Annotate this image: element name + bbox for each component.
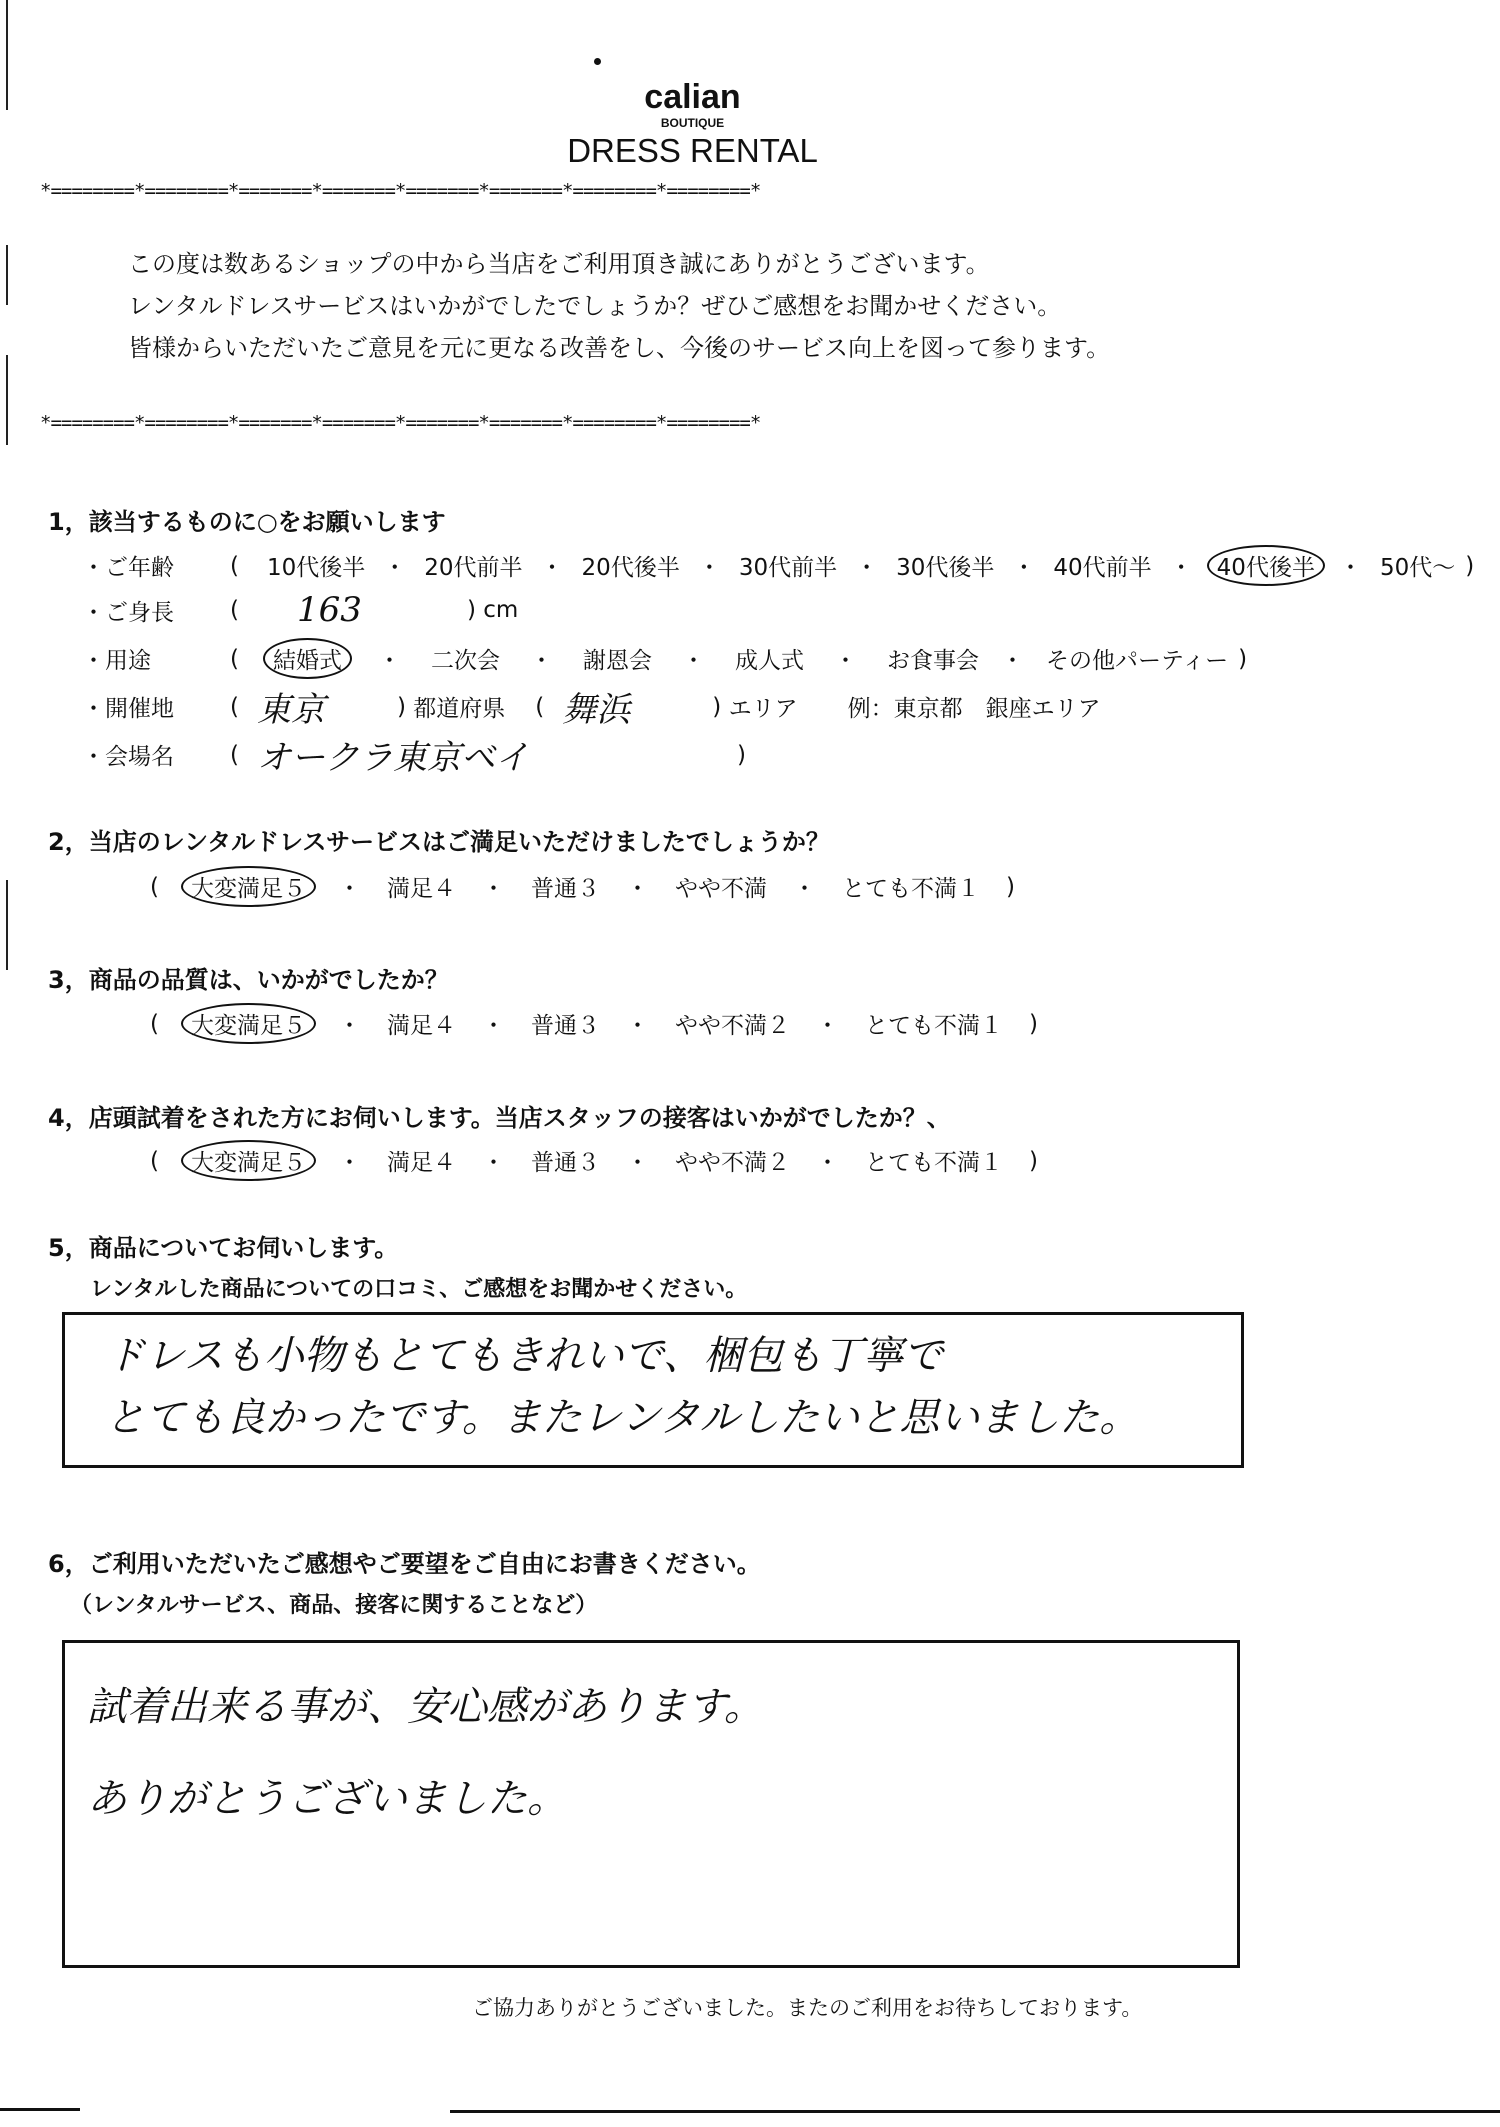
question-2-title: 2，当店のレンタルドレスサービスはご満足いただけましたでしょうか？ xyxy=(48,822,830,857)
review-answer-line: とても良かったです。またレンタルしたいと思いました。 xyxy=(105,1387,1241,1449)
scan-speck xyxy=(594,58,601,65)
brand-logo: calian xyxy=(0,78,1385,117)
rating-option-selected[interactable]: 大変満足５ xyxy=(181,1003,316,1044)
bottom-divider: *========*========*=======*=======*=====… xyxy=(40,412,1340,434)
question-4-title: 4，店頭試着をされた方にお伺いします。当店スタッフの接客はいかがでしたか？、 xyxy=(48,1098,951,1133)
age-option[interactable]: 30代前半 xyxy=(735,549,841,582)
age-option-selected[interactable]: 40代後半 xyxy=(1207,545,1325,586)
intro-line: この度は数あるショップの中から当店をご利用頂き誠にありがとうございます。 xyxy=(128,243,1110,285)
question-5-title: 5，商品についてお伺いします。 xyxy=(48,1228,398,1263)
scan-edge-line xyxy=(6,0,8,110)
venue-label: ・会場名 xyxy=(82,738,212,771)
age-option[interactable]: 20代後半 xyxy=(578,549,684,582)
question-4-options: ( 大変満足５・ 満足４・ 普通３・ やや不満２・ とても不満１ ) xyxy=(150,1140,1038,1181)
area-suffix: エリア xyxy=(729,690,798,723)
prefecture-suffix: 都道府県 xyxy=(413,690,505,723)
location-row: ・開催地 ( 東京 ) 都道府県 ( 舞浜 ) エリア 例：東京都 銀座エリア xyxy=(82,682,1101,731)
question-3-title: 3，商品の品質は、いかがでしたか？ xyxy=(48,960,449,995)
age-option[interactable]: 20代前半 xyxy=(420,549,526,582)
intro-text: この度は数あるショップの中から当店をご利用頂き誠にありがとうございます。 レンタ… xyxy=(128,243,1110,369)
open-paren: ( xyxy=(535,694,544,720)
venue-row: ・会場名 ( オークラ東京ベイ ) xyxy=(82,730,746,779)
height-unit: cm xyxy=(483,597,518,623)
close-paren: ) xyxy=(737,742,746,768)
rating-option[interactable]: とても不満１ xyxy=(838,870,984,903)
scan-edge-line xyxy=(6,355,8,445)
scan-edge-line xyxy=(6,245,8,305)
rating-option[interactable]: 満足４ xyxy=(383,1007,460,1040)
close-paren: ) xyxy=(712,694,728,720)
brand-subtitle: BOUTIQUE xyxy=(0,116,1385,130)
rating-option[interactable]: やや不満 xyxy=(671,870,771,903)
rating-option[interactable]: 満足４ xyxy=(383,1144,460,1177)
height-row: ・ご身長 ( 163 ) cm xyxy=(82,590,518,630)
area-value[interactable]: 舞浜 xyxy=(562,682,712,731)
question-6-subtitle: （レンタルサービス、商品、接客に関することなど） xyxy=(70,1588,597,1619)
height-value[interactable]: 163 xyxy=(257,590,467,630)
purpose-option[interactable]: その他パーティー xyxy=(1042,642,1232,675)
open-paren: ( xyxy=(230,553,239,579)
open-paren: ( xyxy=(230,694,239,720)
age-label: ・ご年齢 xyxy=(82,549,212,582)
rating-option[interactable]: 普通３ xyxy=(527,870,604,903)
close-paren: ) xyxy=(467,597,483,623)
rating-option[interactable]: やや不満２ xyxy=(671,1007,794,1040)
thank-you-footer: ご協力ありがとうございました。またのご利用をお待ちしております。 xyxy=(472,1992,1142,2022)
question-1-title: 1，該当するものに○をお願いします xyxy=(48,502,446,537)
rating-option-selected[interactable]: 大変満足５ xyxy=(181,1140,316,1181)
feedback-answer-box[interactable]: 試着出来る事が、安心感があります。 ありがとうございました。 xyxy=(62,1640,1240,1968)
question-5-subtitle: レンタルした商品についての口コミ、ご感想をお聞かせください。 xyxy=(90,1272,747,1303)
age-row: ・ご年齢 ( 10代後半・ 20代前半・ 20代後半・ 30代前半・ 30代後半… xyxy=(82,545,1474,586)
prefecture-value[interactable]: 東京 xyxy=(257,682,397,731)
purpose-option[interactable]: 成人式 xyxy=(731,642,808,675)
height-label: ・ご身長 xyxy=(82,594,212,627)
review-answer-line: ドレスも小物もとてもきれいで、梱包も丁寧で xyxy=(105,1325,1241,1387)
scan-edge-line xyxy=(0,2108,80,2111)
purpose-option[interactable]: 二次会 xyxy=(427,642,504,675)
question-6-title: 6，ご利用いただいたご感想やご要望をご自由にお書きください。 xyxy=(48,1544,761,1579)
close-paren: ) xyxy=(1238,646,1247,672)
location-example: 例：東京都 銀座エリア xyxy=(848,690,1101,723)
rating-option[interactable]: 普通３ xyxy=(527,1007,604,1040)
age-option[interactable]: 10代後半 xyxy=(263,549,369,582)
scan-edge-line xyxy=(450,2110,1500,2113)
purpose-row: ・用途 ( 結婚式・ 二次会・ 謝恩会・ 成人式・ お食事会・ その他パーティー… xyxy=(82,638,1247,679)
intro-line: 皆様からいただいたご意見を元に更なる改善をし、今後のサービス向上を図って参ります… xyxy=(128,327,1110,369)
purpose-option[interactable]: お食事会 xyxy=(883,642,983,675)
intro-line: レンタルドレスサービスはいかがでしたでしょうか？ぜひご感想をお聞かせください。 xyxy=(128,285,1110,327)
open-paren: ( xyxy=(230,646,239,672)
open-paren: ( xyxy=(230,597,239,623)
rating-option[interactable]: 満足４ xyxy=(383,870,460,903)
purpose-option[interactable]: 謝恩会 xyxy=(579,642,656,675)
rating-option[interactable]: とても不満１ xyxy=(861,1144,1007,1177)
open-paren: ( xyxy=(230,742,239,768)
age-option[interactable]: 30代後半 xyxy=(892,549,998,582)
form-title: DRESS RENTAL xyxy=(0,132,1385,170)
scan-edge-line xyxy=(6,880,8,970)
feedback-answer-line: ありがとうございました。 xyxy=(87,1753,1237,1845)
rating-option[interactable]: とても不満１ xyxy=(861,1007,1007,1040)
close-paren: ) xyxy=(397,694,413,720)
age-option[interactable]: 50代～ xyxy=(1376,549,1459,582)
question-3-options: ( 大変満足５・ 満足４・ 普通３・ やや不満２・ とても不満１ ) xyxy=(150,1003,1038,1044)
purpose-option-selected[interactable]: 結婚式 xyxy=(263,638,352,679)
rating-option[interactable]: やや不満２ xyxy=(671,1144,794,1177)
age-option[interactable]: 40代前半 xyxy=(1049,549,1155,582)
review-answer-box[interactable]: ドレスも小物もとてもきれいで、梱包も丁寧で とても良かったです。またレンタルした… xyxy=(62,1312,1244,1468)
top-divider: *========*========*=======*=======*=====… xyxy=(40,180,1340,202)
feedback-answer-line: 試着出来る事が、安心感があります。 xyxy=(87,1661,1237,1753)
close-paren: ) xyxy=(1465,553,1474,579)
rating-option[interactable]: 普通３ xyxy=(527,1144,604,1177)
rating-option-selected[interactable]: 大変満足５ xyxy=(181,866,316,907)
location-label: ・開催地 xyxy=(82,690,212,723)
question-2-options: ( 大変満足５・ 満足４・ 普通３・ やや不満・ とても不満１ ) xyxy=(150,866,1015,907)
venue-value[interactable]: オークラ東京ベイ xyxy=(257,730,737,779)
purpose-label: ・用途 xyxy=(82,642,212,675)
